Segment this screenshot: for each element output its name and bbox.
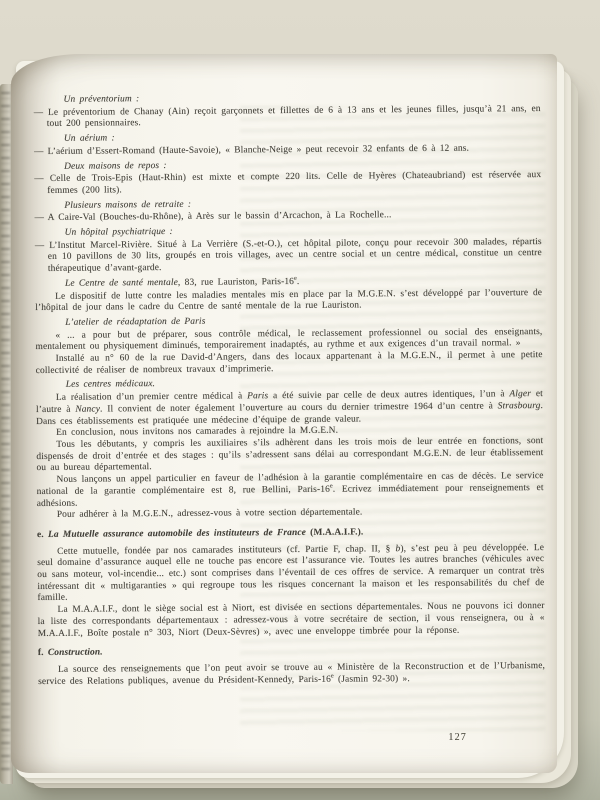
text-segment: L’atelier de réadaptation de Paris [65,317,205,328]
text-segment: Nancy [75,404,100,414]
text-segment: Strasbourg [498,401,541,411]
paragraph: Nous lançons un appel particulier en fav… [36,471,543,510]
text-segment: Alger [509,389,531,399]
book-page: Un préventorium :— Le préventorium de Ch… [11,54,557,773]
paragraph: La réalisation d’un premier centre médic… [36,389,543,428]
paragraph: Le dispositif de lutte contre les maladi… [35,288,542,315]
text-segment: Les centres médicaux. [66,380,155,391]
text-segment: Installé au n° 60 de la rue David-d’Ange… [36,350,543,376]
dash-item: — A Caire-Val (Bouches-du-Rhône), à Arès… [34,209,541,225]
text-segment: Cette mutuelle, fondée par nos camarades… [57,544,396,557]
paragraph: Pour adhérer à la M.G.E.N., adressez-vou… [37,506,544,522]
dash-item: — L’Institut Marcel-Rivière. Situé à La … [35,237,542,276]
text-segment: Pour adhérer à la M.G.E.N., adressez-vou… [57,508,363,520]
dash-item: — Le préventorium de Chanay (Ain) reçoit… [34,104,541,131]
text-segment: Tous les débutants, y compris les auxili… [36,436,543,473]
page-text: Un préventorium :— Le préventorium de Ch… [33,88,545,736]
text-segment: La M.A.A.I.F., dont le siège social est … [38,601,545,638]
text-segment: En conclusion, nous invitons nos camarad… [56,426,338,438]
text-segment: Paris [247,391,268,401]
text-segment: Le Centre de santé mentale [65,278,178,289]
text-segment: Un hôpital psychiatrique : [65,227,173,238]
text-segment: La Mutuelle assurance automobile des ins… [48,528,310,540]
text-segment: La source des renseignements que l’on pe… [38,661,545,687]
text-segment: e. [37,530,48,540]
text-segment: f. [38,648,48,658]
section-heading: e. La Mutuelle assurance automobile des … [37,526,544,542]
text-segment: La réalisation d’un premier centre médic… [56,392,247,404]
text-segment: . Il convient de noter également l’ouver… [100,401,498,414]
text-segment: , 83, rue Lauriston, Paris-16 [178,277,294,288]
text-segment: « ... a pour but de préparer, sous contr… [35,327,542,353]
book-photo: Un préventorium :— Le préventorium de Ch… [0,0,600,800]
paragraph: Tous les débutants, y compris les auxili… [36,436,543,475]
text-segment: Plusieurs maisons de retraite : [64,199,191,210]
page-number: 127 [448,732,467,743]
paragraph: Cette mutuelle, fondée par nos camarades… [37,543,544,605]
text-segment: a été suivie par celle de deux autres id… [268,389,509,401]
text-segment: Deux maisons de repos : [64,160,167,171]
dash-item: — Celle de Trois-Epis (Haut-Rhin) est mi… [34,170,541,197]
text-segment: — A Caire-Val (Bouches-du-Rhône), à Arès… [34,211,391,224]
text-segment: Un aérium : [64,133,115,143]
text-segment: (M.A.A.I.F.). [310,527,363,537]
text-segment: Un préventorium : [64,94,140,105]
section-heading: f. Construction. [38,644,545,660]
paragraph: Installé au n° 60 de la rue David-d’Ange… [36,350,543,377]
text-segment: Le dispositif de lutte contre les maladi… [35,288,542,314]
text-segment: (Jasmin 92-30) ». [334,674,410,685]
text-segment: — L’Institut Marcel-Rivière. Situé à La … [35,237,542,274]
paragraph: La source des renseignements que l’on pe… [38,661,545,688]
text-segment: — Celle de Trois-Epis (Haut-Rhin) est mi… [34,170,541,196]
paragraph: La M.A.A.I.F., dont le siège social est … [38,601,545,640]
text-segment: Construction. [48,648,103,658]
text-segment: . [297,277,300,287]
text-segment: — L’aérium d’Essert-Romand (Haute-Savoie… [34,143,469,156]
text-segment: — Le préventorium de Chanay (Ain) reçoit… [34,104,541,130]
